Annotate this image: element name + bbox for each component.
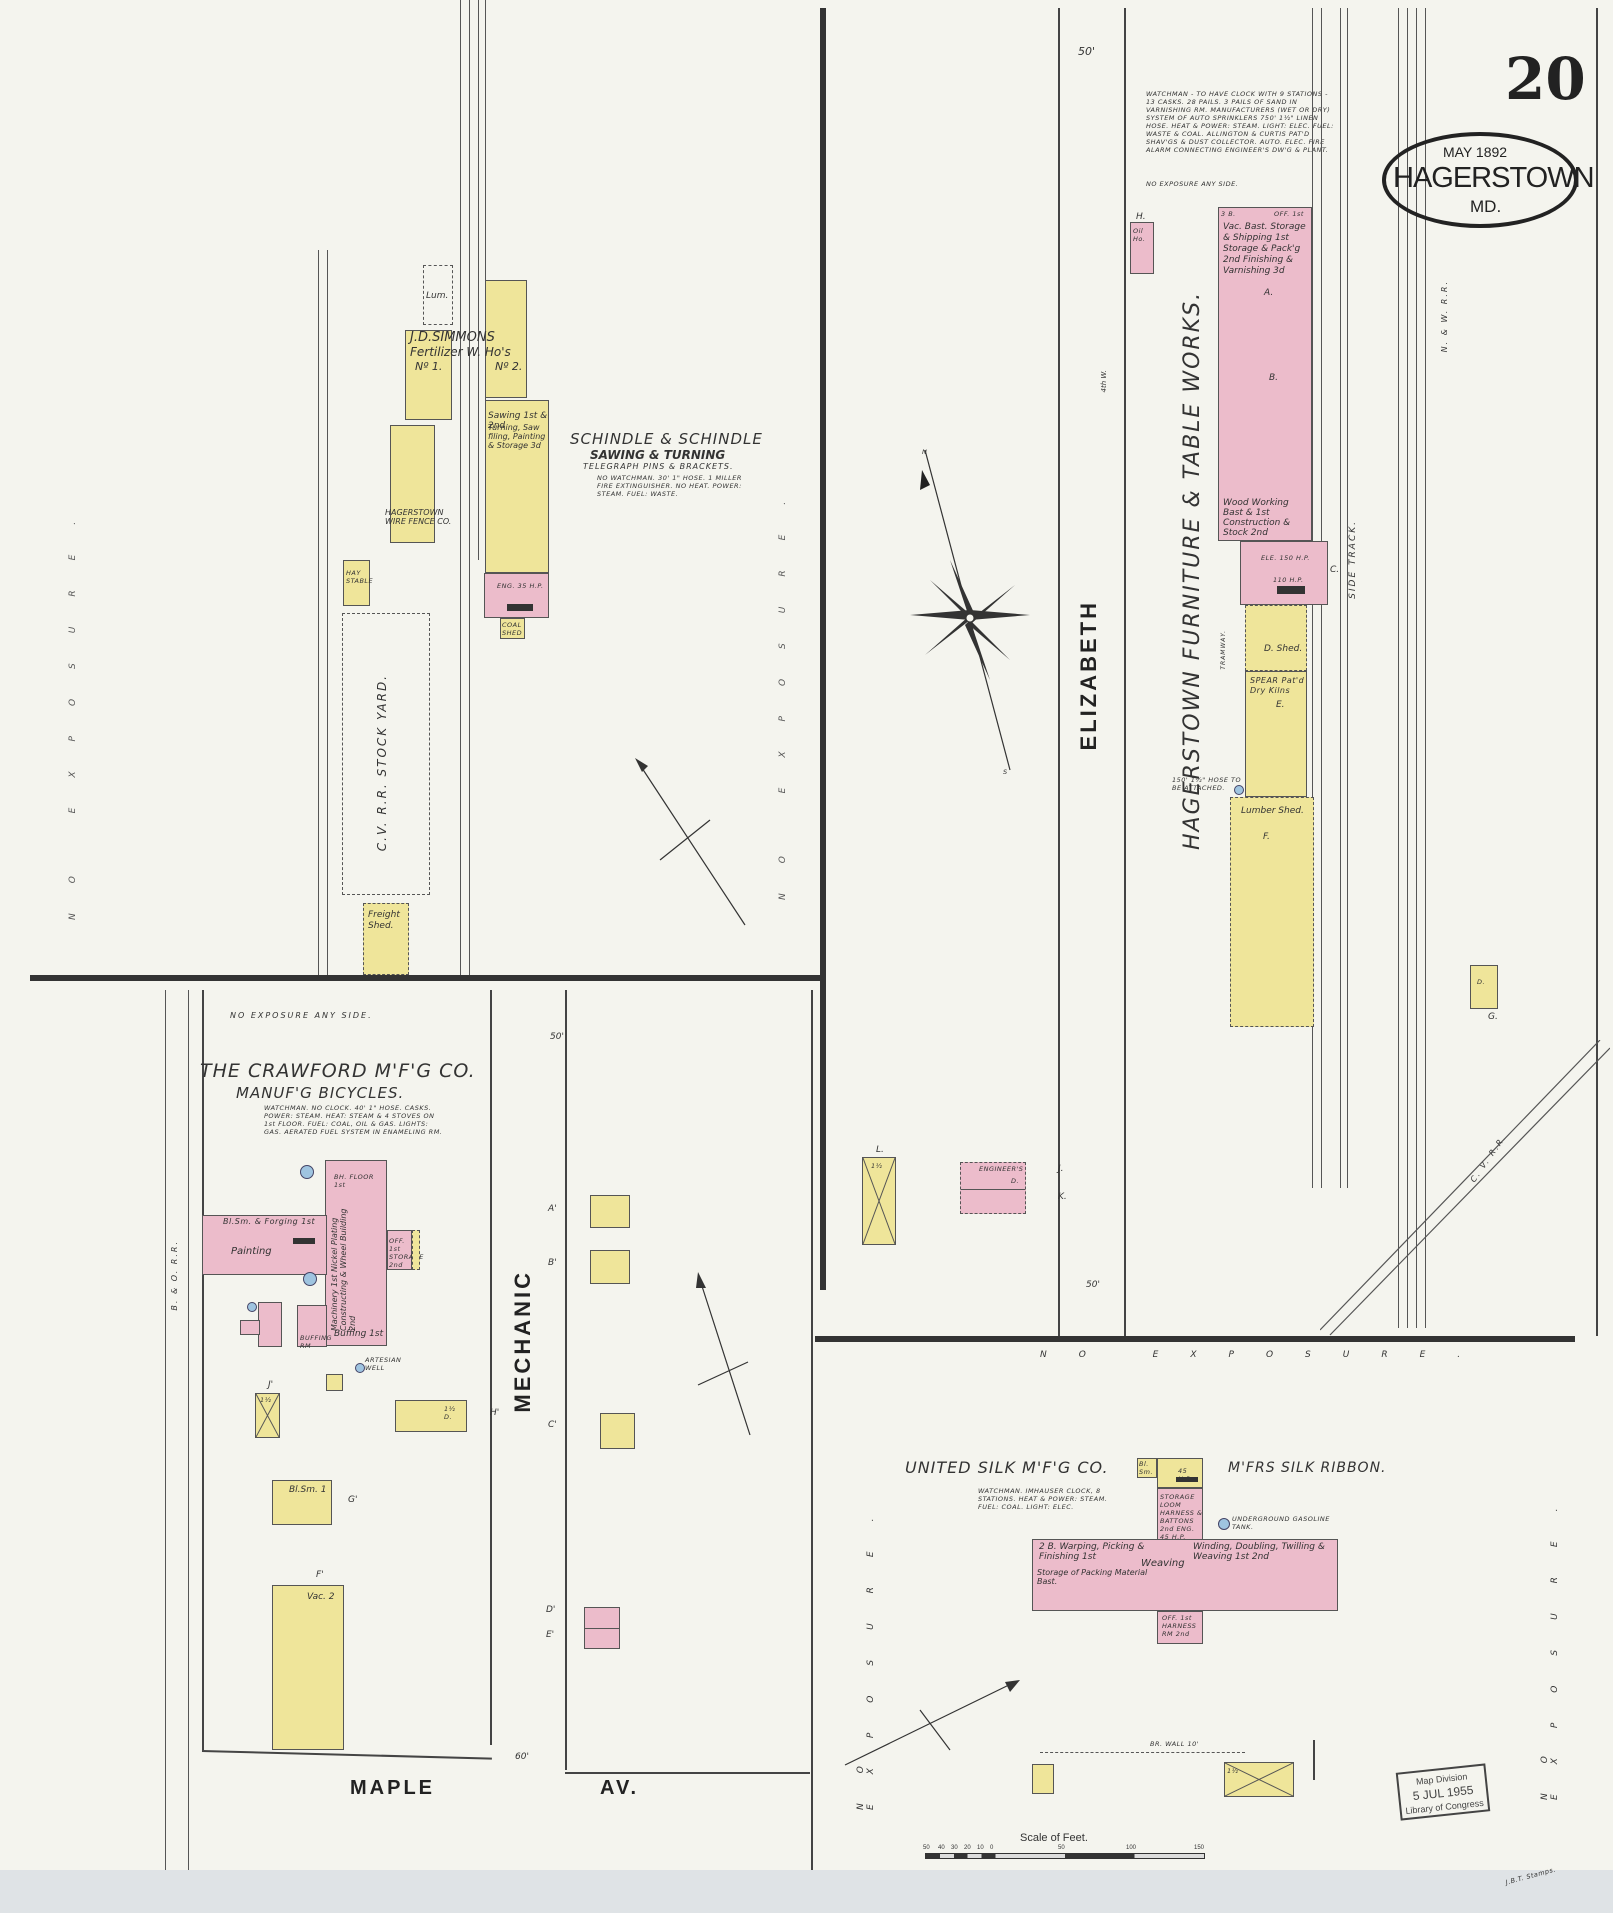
sheet-date: MAY 1892 [1443, 144, 1507, 160]
street-line [1124, 8, 1126, 1336]
bo-rr-label: B. & O. R.R. [170, 1240, 179, 1311]
exposure-topleft-right-label: NO EXPOSURE. [778, 250, 788, 900]
rail-track [1340, 8, 1348, 1188]
schindle-mill: Sawing 1st & 2nd Turning, Saw filing, Pa… [485, 400, 549, 573]
d1-label: D' [546, 1605, 555, 1616]
hay-stable: HAY STABLE [343, 560, 370, 606]
street-width-mid: 50' [1086, 1280, 1100, 1291]
elizabeth-side-note: 4th W. [1100, 370, 1108, 392]
crawford-main-building: BH. FLOOR 1st Machinery 1st Nickel Plati… [325, 1160, 387, 1346]
nwrr-label: N. & W. R.R. [1440, 280, 1449, 352]
f1-label: F' [316, 1570, 324, 1581]
crawford-subtitle: MANUF'G BICYCLES. [236, 1084, 404, 1102]
street-line [490, 990, 492, 1745]
rail-track [318, 250, 328, 975]
crawford-notes: WATCHMAN. NO CLOCK. 40' 1" HOSE. CASKS. … [264, 1104, 444, 1136]
simmons-title: J.D.SIMMONS [410, 330, 495, 345]
simmons-no1: Nº 1. [415, 360, 442, 373]
b1-label: B' [548, 1258, 557, 1269]
silk-storage-wing: STORAGE LOOM HARNESS & BATTONS 2nd ENG. … [1157, 1488, 1203, 1540]
bo-rail-track [165, 990, 189, 1870]
schindle-engine-room: ENG. 35 H.P. [484, 573, 549, 618]
cistern-icon [303, 1272, 317, 1286]
compass-rose-icon [900, 440, 1040, 780]
lot-line [1313, 1740, 1315, 1780]
schindle-subtitle: SAWING & TURNING [590, 448, 725, 462]
g1-label: G' [348, 1495, 357, 1506]
vacant-x-icon [1225, 1763, 1293, 1796]
lot-line [202, 990, 204, 1750]
oil-house: Oil Ho. [1130, 222, 1154, 274]
sheet-state: MD. [1470, 197, 1501, 217]
brick-wall [1040, 1752, 1245, 1753]
vacant-x-icon [256, 1394, 279, 1437]
l-label: L. [876, 1145, 884, 1156]
silk-title: UNITED SILK M'F'G CO. [905, 1458, 1109, 1477]
dwellings-d1-e1 [584, 1607, 620, 1649]
dry-kilns: SPEAR Pat'd Dry Kilns E. [1245, 671, 1307, 797]
small-shed [326, 1374, 343, 1391]
street-av: AV. [600, 1777, 639, 1800]
schindle-notes: NO WATCHMAN. 30' 1" HOSE. 1 MILLER FIRE … [597, 474, 747, 498]
furniture-no-exposure: NO EXPOSURE ANY SIDE. [1146, 180, 1238, 188]
street-line [202, 1750, 492, 1759]
furniture-notes: WATCHMAN - TO HAVE CLOCK WITH 9 STATIONS… [1146, 90, 1336, 154]
a1-label: A' [548, 1204, 557, 1215]
wire-fence-label: HAGERSTOWN WIRE FENCE CO. [385, 508, 455, 526]
building-l: 1½ [862, 1157, 896, 1245]
north-arrow-icon [840, 1670, 1020, 1770]
vacant-x-icon [863, 1158, 895, 1244]
furniture-building-a-b: 3 B. OFF. 1st Vac. Bast. Storage & Shipp… [1218, 207, 1312, 541]
boiler-icon [293, 1238, 315, 1244]
scale-bar [925, 1853, 1205, 1859]
north-arrow-icon [690, 1270, 760, 1440]
dwellings-j-k: ENGINEER'S D. [960, 1162, 1026, 1214]
street-line [1058, 8, 1060, 1336]
north-arrow-icon [630, 750, 750, 930]
dwelling-c1 [600, 1413, 635, 1449]
exposure-bottom-top: NO EXPOSURE. [1040, 1350, 1492, 1360]
j1-label: J' [268, 1380, 273, 1391]
lumber-shed: Lum. [423, 265, 453, 325]
street-width-maple: 60' [515, 1752, 529, 1763]
exposure-bottom-right: NO EXPOSURE. [1540, 1380, 1560, 1800]
furniture-engine-room: ELE. 150 H.P. 110 H.P. [1240, 541, 1328, 605]
scale-ticks: 50 40 30 20 10 0 50 100 150 [923, 1845, 1213, 1851]
silk-blacksmith: Bl. Sm. [1137, 1458, 1157, 1478]
j-label: J. [1058, 1164, 1064, 1175]
gasoline-tank-label: UNDERGROUND GASOLINE TANK. [1232, 1515, 1332, 1531]
crawford-enameling [258, 1302, 282, 1347]
sheet-city: HAGERSTOWN [1393, 162, 1594, 195]
boiler-icon [1176, 1477, 1198, 1482]
street-mechanic: MECHANIC [510, 1270, 536, 1413]
page-number: 20 [1505, 45, 1586, 113]
hydrant-icon [1234, 785, 1244, 795]
scale-label: Scale of Feet. [1020, 1832, 1088, 1844]
street-width-top: 50' [1078, 45, 1095, 58]
artesian-well-icon [355, 1363, 365, 1373]
furniture-works-title: HAGERSTOWN FURNITURE & TABLE WORKS. [1180, 230, 1205, 850]
artesian-well-label: ARTESIAN WELL [365, 1356, 415, 1372]
cvrr-track [1320, 1040, 1610, 1340]
street-elizabeth: ELIZABETH [1076, 600, 1102, 750]
silk-subtitle: M'FRS SILK RIBBON. [1228, 1460, 1387, 1476]
street-line [565, 990, 567, 1770]
tramway-label: TRAMWAY. [1220, 630, 1227, 670]
map-sheet: NO EXPOSURE. NO EXPOSURE. Lum. J.D.SIMMO… [0, 0, 1613, 1870]
lumber-shed-f: Lumber Shed. F. [1230, 797, 1314, 1027]
schindle-title: SCHINDLE & SCHINDLE [570, 430, 763, 448]
crawford-porch [412, 1230, 420, 1270]
dwelling-b1 [590, 1250, 630, 1284]
vacant-building: 1½ [1224, 1762, 1294, 1797]
silk-office-wing: OFF. 1st HARNESS RM 2nd [1157, 1611, 1203, 1644]
coal-shed: COAL SHED [500, 618, 525, 639]
silk-main-building: 2 B. Warping, Picking & Finishing 1st We… [1032, 1539, 1338, 1611]
side-track-label: SIDE TRACK. [1348, 520, 1358, 599]
g-label: G. [1488, 1012, 1498, 1023]
dwelling-g: D. [1470, 965, 1498, 1009]
crawford-buffing-room: BUFFING RM [297, 1305, 327, 1347]
silk-engine-house: 45 H.P. [1157, 1458, 1203, 1488]
maker-mark: J.B.T. Stamps. [1505, 1865, 1557, 1886]
building-j1: 1½ [255, 1393, 280, 1438]
oil-house-icon [247, 1302, 257, 1312]
compass-n: N [922, 448, 927, 456]
library-stamp: Map Division 5 JUL 1955 Library of Congr… [1396, 1763, 1491, 1820]
c-label: C. [1330, 565, 1339, 576]
e1-label: E' [546, 1630, 554, 1641]
crawford-enameling-stove [240, 1320, 260, 1335]
crawford-title: THE CRAWFORD M'F'G CO. [200, 1060, 476, 1082]
exposure-left-label: NO EXPOSURE. [68, 300, 78, 920]
stock-yard: C.V. R.R. STOCK YARD. [342, 613, 430, 895]
k-label: K. [1058, 1192, 1067, 1203]
brick-wall-label: BR. WALL 10' [1150, 1740, 1199, 1748]
dwelling-a1 [590, 1195, 630, 1228]
simmons-subtitle: Fertilizer W. Ho's [410, 345, 511, 359]
freight-shed: Freight Shed. [363, 903, 409, 975]
boiler-icon [507, 604, 533, 611]
building-g1: Bl.Sm. 1 [272, 1480, 332, 1525]
street-maple: MAPLE [350, 1777, 435, 1800]
block-divider-vertical-top [820, 8, 826, 1290]
street-width-mechanic: 50' [550, 1032, 564, 1043]
boiler-icon [1277, 586, 1305, 594]
rail-track [460, 0, 470, 975]
c1-label: C' [548, 1420, 557, 1431]
crawford-storage-wing: OFF. 1st STORAGE 2nd [387, 1230, 412, 1270]
hose-note: 150' 1½" HOSE TO BE ATTACHED. [1172, 776, 1242, 792]
block-divider-horizontal-left [30, 975, 820, 981]
shed-d: D. Shed. [1245, 605, 1307, 671]
block-divider-vertical-bottom [811, 990, 813, 1870]
schindle-products: TELEGRAPH PINS & BRACKETS. [583, 462, 734, 471]
small-building [1032, 1764, 1054, 1794]
cistern-icon [300, 1165, 314, 1179]
building-f1: Vac. 2 [272, 1585, 344, 1750]
street-line [565, 1772, 810, 1774]
silk-notes: WATCHMAN. IMHAUSER CLOCK, 8 STATIONS. HE… [978, 1487, 1108, 1511]
crawford-no-exposure: NO EXPOSURE ANY SIDE. [230, 1012, 373, 1020]
compass-s: S [1003, 768, 1008, 776]
h1-label: H' [490, 1408, 499, 1419]
gasoline-tank-icon [1218, 1518, 1230, 1530]
crawford-forging-painting: Bl.Sm. & Forging 1st Painting [202, 1215, 327, 1275]
building-h1: 1½ D. [395, 1400, 467, 1432]
simmons-no2: Nº 2. [495, 360, 522, 373]
